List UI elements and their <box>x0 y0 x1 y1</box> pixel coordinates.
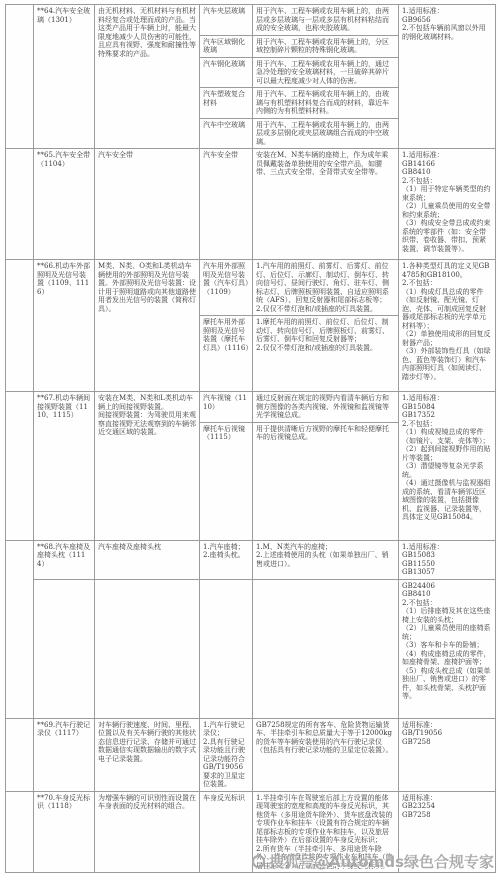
category-cell: 汽车中空玻璃 <box>200 118 253 149</box>
category-cell <box>200 579 253 718</box>
item-number-cell: **67.机动车辆间接视野装置（1110、1115） <box>34 392 95 541</box>
item-number-cell: **66.机动车外部照明及光信号装置（1109、1116） <box>34 260 95 392</box>
description-cell: 用于汽车、工程车辆或农用车辆上的，由两层或多层玻璃与一层或多层有机材料粘结而成的… <box>253 5 399 36</box>
description-cell: 用于汽车、工程车辆或农用车辆上的，分区域控制碎片颗粒的特殊钢化玻璃。 <box>253 35 399 57</box>
item-number-cell <box>34 579 95 718</box>
definition-cell: 为增强车辆的可识别性而设置在车身表面的反光材料的组合。 <box>95 791 200 873</box>
category-cell: 汽车安全带 <box>200 149 253 260</box>
left-margin-cell <box>6 791 34 873</box>
definition-cell: 对车辆行驶速度、时间、里程、位置以及有关车辆行驶的其他状态信息进行记录、存储并可… <box>95 718 200 791</box>
item-number-cell: **68.汽车座椅及座椅头枕（1114） <box>34 540 95 579</box>
left-margin-cell <box>6 718 34 791</box>
description-cell: 1.汽车用的前照灯、前雾灯、后雾灯、前位灯、后位灯、示廓灯、制动灯、倒车灯、转向… <box>253 260 399 316</box>
category-cell: 汽车塑玻复合材料 <box>200 88 253 119</box>
definition-cell <box>95 579 200 718</box>
description-cell: 1.M、N类汽车的座椅； 2.上述座椅使用的头枕（如果单独出厂、销售或进口）。 <box>253 540 399 579</box>
standards-cell: 适用标准： GB/T19056 GB7258 <box>399 718 496 791</box>
category-cell: 车身反光标识 <box>200 791 253 873</box>
category-cell: 汽车用外部照明及光信号装置（汽车灯具）（1109） <box>200 260 253 316</box>
item-number-cell: **70.车身反光标识（1118） <box>34 791 95 873</box>
watermark-text: 搜狐号@Automds绿色合规专家 <box>269 851 494 872</box>
item-number-cell: **65.汽车安全带（1104） <box>34 149 95 260</box>
left-margin-cell <box>6 540 34 718</box>
sohu-logo-icon <box>251 854 266 869</box>
standards-cell: GB24406 GB8410 2.不包括： （1）后排座椅及其在这些座椅上安装的… <box>399 579 496 718</box>
description-cell: GB7258规定的所有客车、危险货物运输货车、半挂牵引车和总质量大于等于1200… <box>253 718 399 791</box>
standards-cell: 1.适用标准： GB15084 GB17352 2.不包括： （1）构成视镜总成… <box>399 392 496 541</box>
description-cell: 通过反射面在规定的视野内看清车辆后方和侧方图像的各类内视镜、外视镜和监视镜等光学… <box>253 392 399 423</box>
standards-cell: 1.适用标准： GB15083 GB11550 GB13057 <box>399 540 496 579</box>
description-cell: 用于汽车、工程车辆或农用车辆上的，由两层或多层钢化或夹层玻璃组合而成的中空玻璃。 <box>253 118 399 149</box>
category-cell: 汽车钢化玻璃 <box>200 57 253 88</box>
standards-cell: 1.适用标准： GB9656 2.不包括车辆前风窗以外用的钢化玻璃材料。 <box>399 5 496 149</box>
category-cell: 1.汽车行驶记录仪； 2.具有行驶记录功能且行驶记录功能符合GB/T19056要… <box>200 718 253 791</box>
item-number-cell: **64.汽车安全玻璃（1301） <box>34 5 95 149</box>
definition-cell: 由无机材料、无机材料与有机材料经复合或处理而成的产品。当这类产品用于车辆上时，能… <box>95 5 200 149</box>
definition-cell: 安装在M类、N类和L类机动车辆上的间接视野装置。 间接视野装置：为驾驶员用来观察… <box>95 392 200 541</box>
category-cell: 摩托车用外部照明及光信号装置（摩托车灯具）（1116） <box>200 316 253 392</box>
category-cell: 1.汽车座椅； 2.座椅头枕。 <box>200 540 253 579</box>
category-cell: 汽车视镜（1110） <box>200 392 253 423</box>
category-cell: 汽车夹层玻璃 <box>200 5 253 36</box>
left-margin-cell <box>6 392 34 541</box>
watermark: 搜狐号@Automds绿色合规专家 <box>251 851 494 872</box>
item-number-cell: **69.汽车行驶记录仪（1117） <box>34 718 95 791</box>
definition-cell: 汽车安全带 <box>95 149 200 260</box>
category-cell: 摩托车后视镜（1115） <box>200 422 253 540</box>
description-cell: 1.摩托车用的前照灯、前位灯、后位灯、制动灯、转向信号灯、后牌照板灯、前雾灯、后… <box>253 316 399 392</box>
regulation-table: **64.汽车安全玻璃（1301） 由无机材料、无机材料与有机材料经复合或处理而… <box>5 4 496 873</box>
left-margin-cell <box>6 149 34 260</box>
description-cell: 用于汽车、工程车辆或农用车辆上的，通过急冷处理的安全玻璃材料，一旦破碎其碎片可以… <box>253 57 399 88</box>
description-cell <box>253 579 399 718</box>
definition-cell: M类、N类、O类和L类机动车辆使用的外部照明及光信号装置。外部照明及光信号装置：… <box>95 260 200 392</box>
definition-cell: 汽车座椅及座椅头枕 <box>95 540 200 579</box>
standards-cell: 1.适用标准： GB14166 GB8410 2.不包括： （1）用于特定车辆类… <box>399 149 496 260</box>
description-cell: 用于汽车、工程车辆或农用车辆上的，由玻璃与有机塑料材料复合而成的材料，靠近车内侧… <box>253 88 399 119</box>
left-margin-cell <box>6 260 34 392</box>
description-cell: 安装在M、N类车辆的座椅上，作为成年乘员佩戴装备单独使用的安全带产品，如腰带、三… <box>253 149 399 260</box>
standards-cell: 1.各种类型灯具的定义见GB4785和GB18100。 2.不包括： （1）构成… <box>399 260 496 392</box>
category-cell: 汽车区域钢化玻璃 <box>200 35 253 57</box>
description-cell: 用于提供清晰后方视野的摩托车和轻便摩托车的后视镜总成。 <box>253 422 399 540</box>
left-margin-cell <box>6 5 34 149</box>
